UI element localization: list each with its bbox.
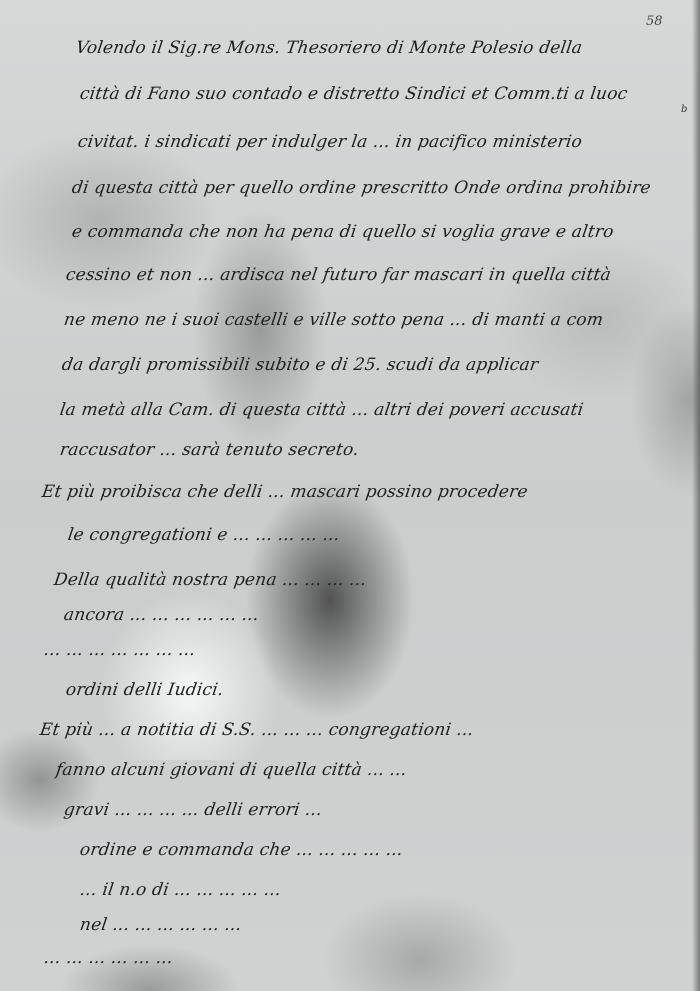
manuscript-line: gravi ... ... ... ... delli errori ... (63, 800, 324, 820)
margin-note: b (681, 104, 687, 115)
manuscript-line: ne meno ne i suoi castelli e ville sotto… (63, 310, 605, 330)
folio-number: 58 (646, 14, 663, 29)
manuscript-line: città di Fano suo contado e distretto Si… (79, 84, 629, 104)
manuscript-line: ordine e commanda che ... ... ... ... ..… (79, 840, 405, 860)
manuscript-line: di questa città per quello ordine prescr… (71, 178, 653, 198)
manuscript-line: ordini delli Iudici. (65, 680, 225, 700)
manuscript-line: la metà alla Cam. di questa città ... al… (59, 400, 585, 420)
manuscript-line: raccusator ... sarà tenuto secreto. (59, 440, 361, 460)
manuscript-line: civitat. i sindicati per indulger la ...… (77, 132, 584, 152)
manuscript-line: ancora ... ... ... ... ... ... (63, 605, 261, 625)
manuscript-line: fanno alcuni giovani di quella città ...… (55, 760, 409, 780)
manuscript-line: ... ... ... ... ... ... ... (43, 640, 197, 660)
manuscript-page: 58 b Volendo il Sig.re Mons. Thesoriero … (0, 0, 700, 991)
manuscript-line: le congregationi e ... ... ... ... ... (67, 525, 342, 545)
manuscript-line: ... ... ... ... ... ... (43, 948, 175, 968)
manuscript-line: cessino et non ... ardisca nel futuro fa… (65, 265, 613, 285)
manuscript-line: Et più ... a notitia di S.S. ... ... ...… (39, 720, 475, 740)
manuscript-line: Della qualità nostra pena ... ... ... ..… (53, 570, 368, 590)
manuscript-line: da dargli promissibili subito e di 25. s… (61, 355, 540, 375)
manuscript-line: ... il n.o di ... ... ... ... ... (79, 880, 283, 900)
manuscript-line: Volendo il Sig.re Mons. Thesoriero di Mo… (75, 38, 584, 58)
manuscript-line: nel ... ... ... ... ... ... (79, 915, 243, 935)
manuscript-line: e commanda che non ha pena di quello si … (71, 222, 615, 242)
manuscript-line: Et più proibisca che delli ... mascari p… (41, 482, 529, 502)
page-edge-shadow (692, 0, 700, 991)
